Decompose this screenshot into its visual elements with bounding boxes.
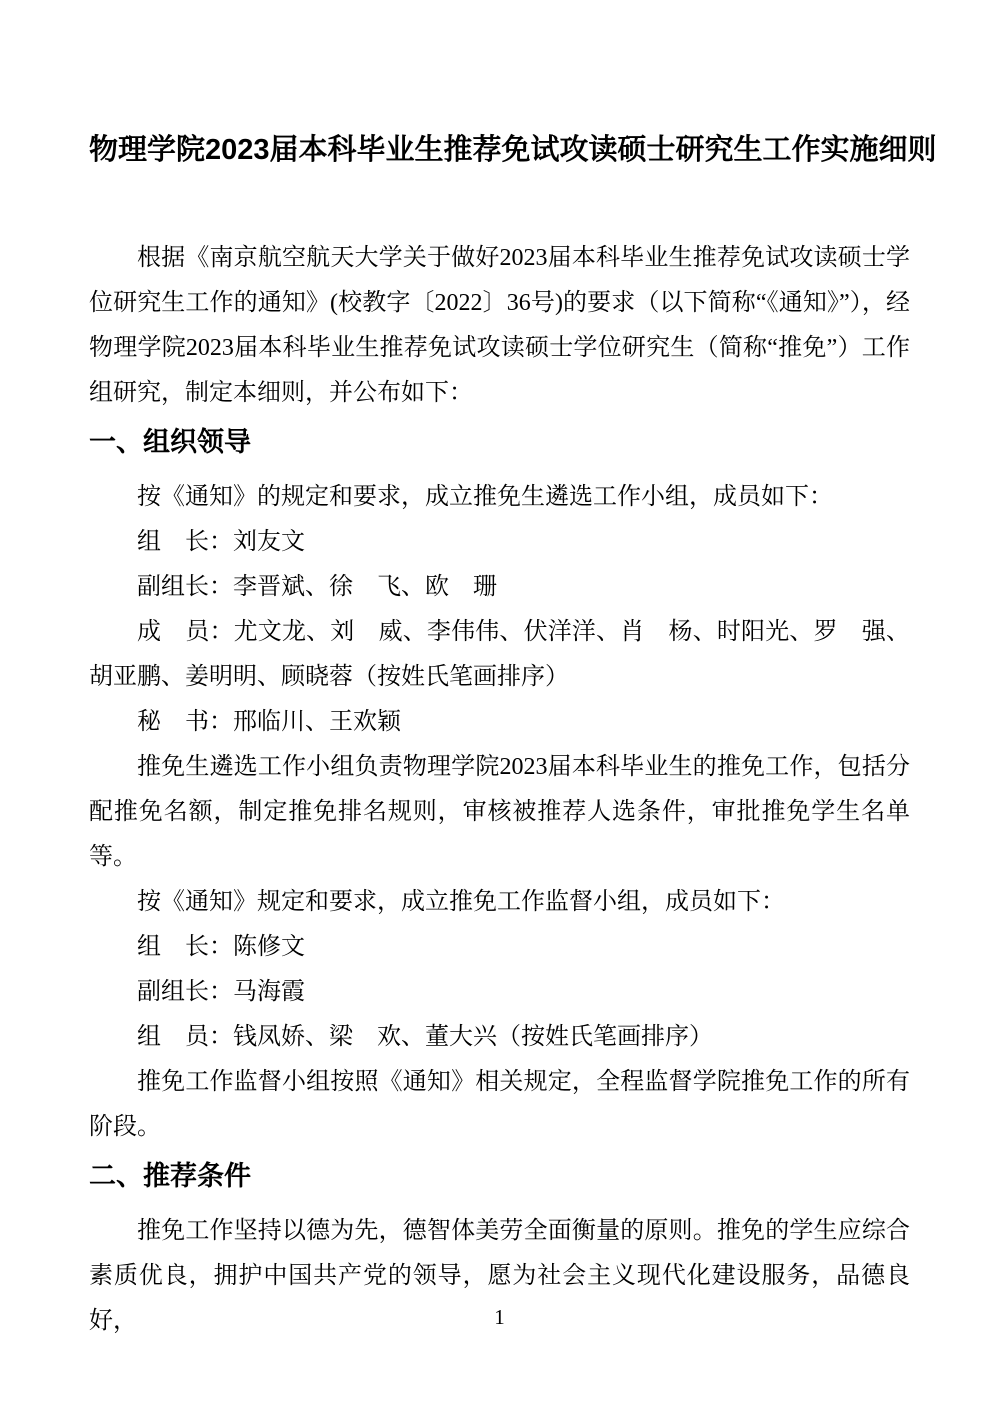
member-line-supervision-leader: 组 长：陈修文 — [89, 925, 910, 970]
page-number: 1 — [0, 1303, 999, 1331]
document-page: 物理学院2023届本科毕业生推荐免试攻读硕士研究生工作实施细则 根据《南京航空航… — [0, 0, 999, 1413]
paragraph-selection-group-duties: 推免生遴选工作小组负责物理学院2023届本科毕业生的推免工作，包括分配推免名额，… — [89, 745, 910, 880]
paragraph-intro-basis: 根据《南京航空航天大学关于做好2023届本科毕业生推荐免试攻读硕士学位研究生工作… — [89, 236, 910, 416]
member-line-supervision-members: 组 员：钱凤娇、梁 欢、董大兴（按姓氏笔画排序） — [89, 1015, 910, 1060]
paragraph-supervision-group-duties: 推免工作监督小组按照《通知》相关规定，全程监督学院推免工作的所有阶段。 — [89, 1060, 910, 1150]
member-line-selection-leader: 组 长：刘友文 — [89, 520, 910, 565]
section-heading-recommendation-criteria: 二、推荐条件 — [89, 1154, 910, 1199]
section-heading-organization: 一、组织领导 — [89, 420, 910, 465]
member-line-selection-members: 成 员：尤文龙、刘 威、李伟伟、伏洋洋、肖 杨、时阳光、罗 强、胡亚鹏、姜明明、… — [89, 610, 910, 700]
document-title: 物理学院2023届本科毕业生推荐免试攻读硕士研究生工作实施细则 — [89, 130, 910, 170]
paragraph-selection-group-intro: 按《通知》的规定和要求，成立推免生遴选工作小组，成员如下： — [89, 475, 910, 520]
paragraph-supervision-group-intro: 按《通知》规定和要求，成立推免工作监督小组，成员如下： — [89, 880, 910, 925]
document-content: 物理学院2023届本科毕业生推荐免试攻读硕士研究生工作实施细则 根据《南京航空航… — [89, 0, 910, 1344]
member-line-selection-secretaries: 秘 书：邢临川、王欢颖 — [89, 700, 910, 745]
member-line-selection-deputy-leaders: 副组长：李晋斌、徐 飞、欧 珊 — [89, 565, 910, 610]
member-line-supervision-deputy-leader: 副组长：马海霞 — [89, 970, 910, 1015]
